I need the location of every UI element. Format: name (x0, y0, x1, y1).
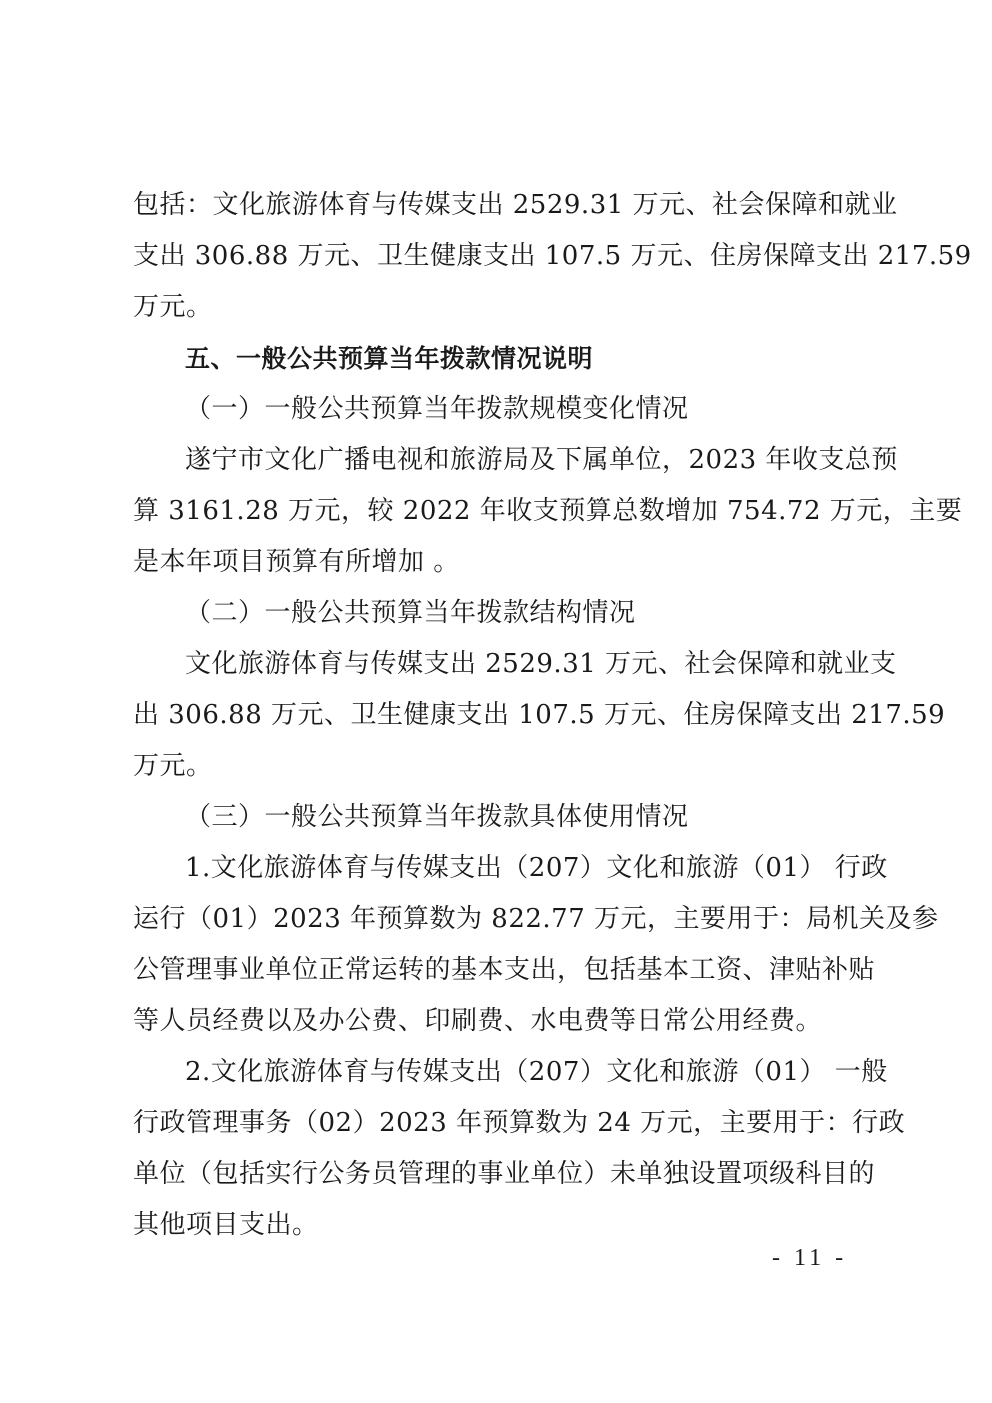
paragraph-line: 1.文化旅游体育与传媒支出（207）文化和旅游（01） 行政 (185, 843, 873, 894)
subsection-heading: （三）一般公共预算当年拨款具体使用情况 (185, 792, 689, 843)
paragraph-line: 行政管理事务（02）2023 年预算数为 24 万元，主要用于：行政 (133, 1098, 873, 1149)
paragraph-line: 遂宁市文化广播电视和旅游局及下属单位，2023 年收支总预 (185, 435, 873, 486)
paragraph-line: 等人员经费以及办公费、印刷费、水电费等日常公用经费。 (133, 996, 822, 1047)
paragraph-line: 支出 306.88 万元、卫生健康支出 107.5 万元、住房保障支出 217.… (133, 231, 873, 282)
page-number: - 11 - (772, 1243, 847, 1273)
paragraph-line: 算 3161.28 万元，较 2022 年收支预算总数增加 754.72 万元，… (133, 486, 873, 537)
paragraph-line: 包括：文化旅游体育与传媒支出 2529.31 万元、社会保障和就业 (133, 180, 873, 231)
paragraph-line: 出 306.88 万元、卫生健康支出 107.5 万元、住房保障支出 217.5… (133, 690, 873, 741)
paragraph-line: 2.文化旅游体育与传媒支出（207）文化和旅游（01） 一般 (185, 1047, 873, 1098)
paragraph-line: 是本年项目预算有所增加 。 (133, 537, 460, 588)
subsection-heading: （二）一般公共预算当年拨款结构情况 (185, 588, 636, 639)
paragraph-line: 万元。 (133, 282, 213, 333)
paragraph-line: 运行（01）2023 年预算数为 822.77 万元，主要用于：局机关及参 (133, 894, 873, 945)
paragraph-line: 公管理事业单位正常运转的基本支出，包括基本工资、津贴补贴 (133, 945, 873, 996)
paragraph-line: 单位（包括实行公务员管理的事业单位）未单独设置项级科目的 (133, 1149, 873, 1200)
paragraph-line: 万元。 (133, 741, 213, 792)
subsection-heading: （一）一般公共预算当年拨款规模变化情况 (185, 384, 689, 435)
section-heading: 五、一般公共预算当年拨款情况说明 (185, 333, 593, 384)
paragraph-line: 文化旅游体育与传媒支出 2529.31 万元、社会保障和就业支 (185, 639, 873, 690)
paragraph-line: 其他项目支出。 (133, 1200, 319, 1251)
